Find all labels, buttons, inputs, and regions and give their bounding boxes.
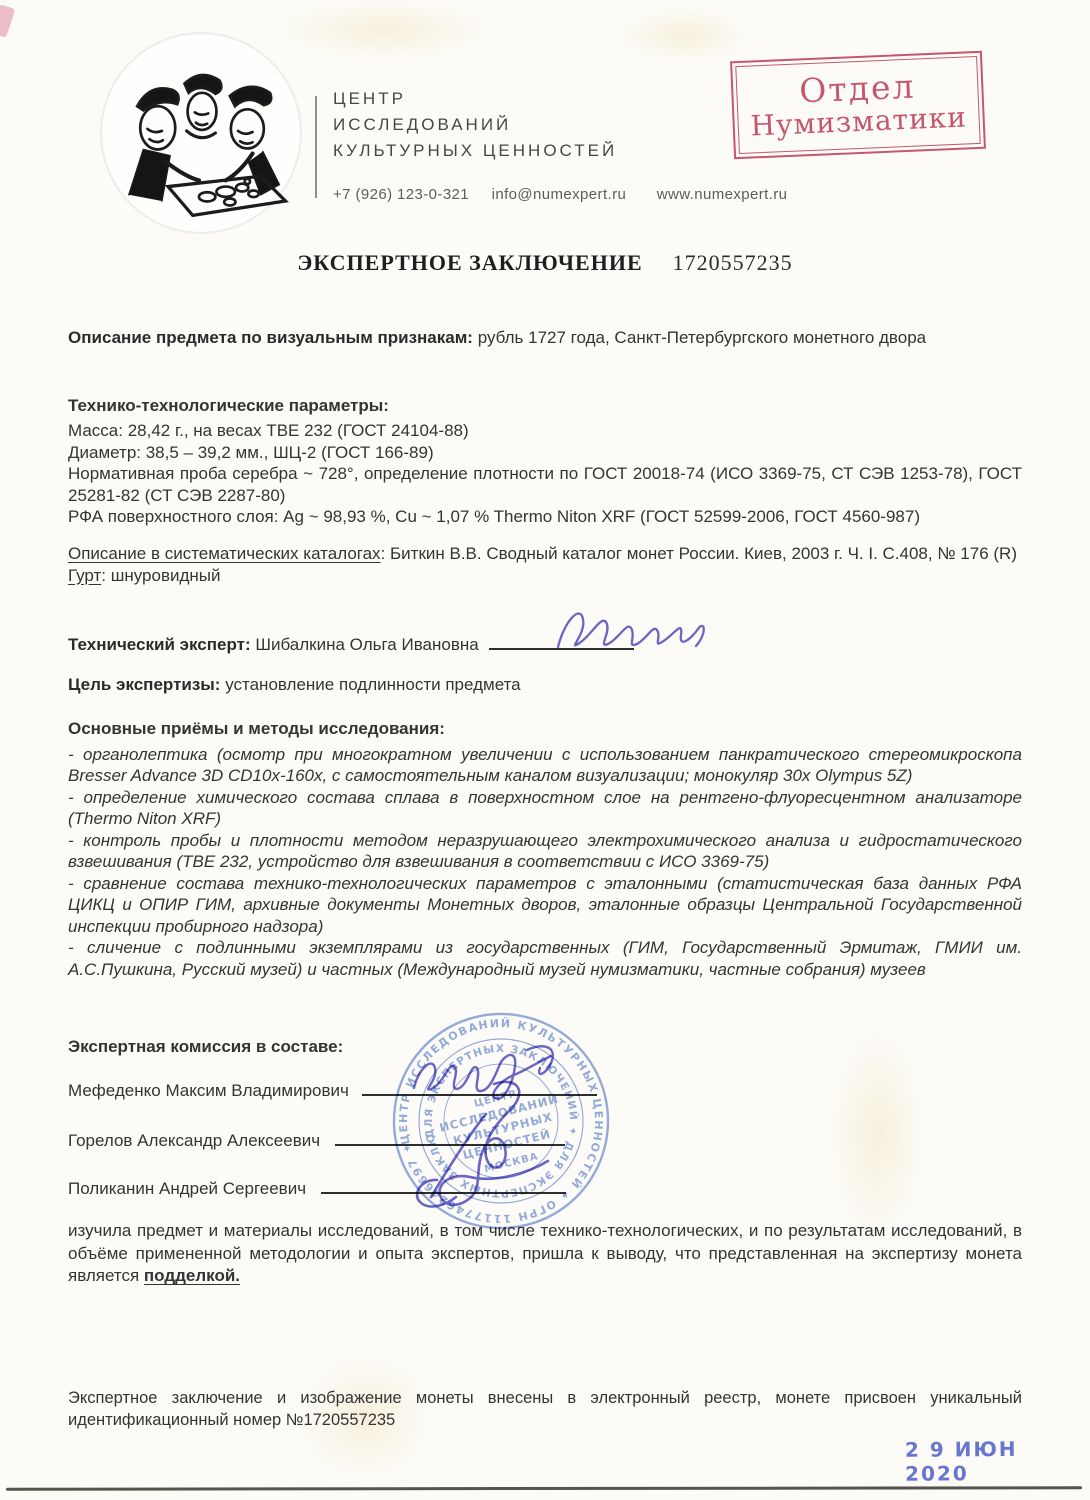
title-label: ЭКСПЕРТНОЕ ЗАКЛЮЧЕНИЕ <box>297 250 642 275</box>
param-mass: Масса: 28,42 г., на весах ТВЕ 232 (ГОСТ … <box>68 420 1022 442</box>
paragraph-catalog: Описание в систематических каталогах: Би… <box>68 543 1022 565</box>
tech-params-list: Масса: 28,42 г., на весах ТВЕ 232 (ГОСТ … <box>68 420 1022 528</box>
method-item-organoleptic: - органолептика (осмотр при многократном… <box>68 744 1022 787</box>
scan-edge-line <box>6 1486 1082 1490</box>
paragraph-conclusion: изучила предмет и материалы исследований… <box>68 1220 1022 1288</box>
heading-methods: Основные приёмы и методы исследования: <box>68 718 1022 740</box>
conclusion-verdict: подделкой. <box>144 1266 240 1285</box>
stamp-inner-border: Отдел Нумизматики <box>735 56 980 154</box>
header-divider <box>315 96 317 198</box>
tech-expert-name: Шибалкина Ольга Ивановна <box>255 635 478 654</box>
commission-member-name: Горелов Александр Алексеевич <box>68 1131 320 1150</box>
org-name-line: ИССЛЕДОВАНИЙ <box>333 112 617 138</box>
section-methods: Основные приёмы и методы исследования: -… <box>68 718 1022 980</box>
stamp-text-line2: Нумизматики <box>750 101 968 142</box>
paragraph-edge: Гурт: шнуровидный <box>68 565 1022 587</box>
scanned-expert-report-page: ЦЕНТР ИССЛЕДОВАНИЙ КУЛЬТУРНЫХ ЦЕННОСТЕЙ … <box>0 0 1090 1500</box>
method-item-museum-comparison: - сличение с подлинными экземплярами из … <box>68 937 1022 980</box>
title-number: 1720557235 <box>673 250 793 275</box>
commission-signature-2 <box>396 1076 578 1216</box>
org-name: ЦЕНТР ИССЛЕДОВАНИЙ КУЛЬТУРНЫХ ЦЕННОСТЕЙ <box>333 86 617 164</box>
org-name-line: КУЛЬТУРНЫХ ЦЕННОСТЕЙ <box>333 138 617 164</box>
tech-expert-label: Технический эксперт: <box>68 635 251 654</box>
org-logo-numismatists-icon <box>98 30 304 236</box>
commission-member-name: Поликанин Андрей Сергеевич <box>68 1179 306 1198</box>
website-url: www.numexpert.ru <box>657 186 788 203</box>
commission-member-name: Мефеденко Максим Владимирович <box>68 1081 349 1100</box>
catalog-label: Описание в систематических каталогах <box>68 544 381 563</box>
param-xrf: РФА поверхностного слоя: Ag ~ 98,93 %, C… <box>68 506 1022 528</box>
description-label: Описание предмета по визуальным признака… <box>68 328 473 347</box>
email-address: info@numexpert.ru <box>492 186 627 203</box>
purpose-text: установление подлинности предмета <box>225 675 520 694</box>
purpose-label: Цель экспертизы: <box>68 675 220 694</box>
date-stamp: 2 9 ИЮН 2020 <box>905 1436 1090 1486</box>
edge-text: : шнуровидный <box>101 566 220 585</box>
paragraph-registry-note: Экспертное заключение и изображение моне… <box>68 1388 1022 1431</box>
scan-corner-mark <box>0 4 15 37</box>
phone-number: +7 (926) 123-0-321 <box>333 186 469 203</box>
org-name-line: ЦЕНТР <box>333 86 617 112</box>
param-silver-fineness: Нормативная проба серебра ~ 728°, опреде… <box>68 463 1022 506</box>
stamp-outer-border: Отдел Нумизматики <box>730 51 986 159</box>
section-catalog: Описание в систематических каталогах: Би… <box>68 543 1022 586</box>
scan-smudge <box>620 8 750 63</box>
contact-line: +7 (926) 123-0-321 info@numexpert.ru www… <box>333 186 787 203</box>
edge-label: Гурт <box>68 566 101 585</box>
method-item-reference-comparison: - сравнение состава технико-технологичес… <box>68 873 1022 938</box>
paragraph-tech-expert: Технический эксперт: Шибалкина Ольга Ива… <box>68 630 1022 656</box>
method-item-density-control: - контроль пробы и плотности методом нер… <box>68 830 1022 873</box>
catalog-text: : Биткин В.В. Сводный каталог монет Росс… <box>381 544 1017 563</box>
tech-expert-signature <box>550 592 715 667</box>
numismatics-department-stamp: Отдел Нумизматики <box>730 51 986 159</box>
description-text: рубль 1727 года, Санкт-Петербургского мо… <box>478 328 926 347</box>
document-title: ЭКСПЕРТНОЕ ЗАКЛЮЧЕНИЕ1720557235 <box>0 250 1090 276</box>
param-diameter: Диаметр: 38,5 – 39,2 мм., ШЦ-2 (ГОСТ 166… <box>68 442 1022 464</box>
paragraph-description: Описание предмета по визуальным признака… <box>68 327 1022 349</box>
method-item-xrf-analysis: - определение химического состава сплава… <box>68 787 1022 830</box>
heading-tech-params: Технико-технологические параметры: <box>68 395 1022 417</box>
paragraph-purpose: Цель экспертизы: установление подлинност… <box>68 674 1022 696</box>
scan-smudge <box>280 0 490 60</box>
